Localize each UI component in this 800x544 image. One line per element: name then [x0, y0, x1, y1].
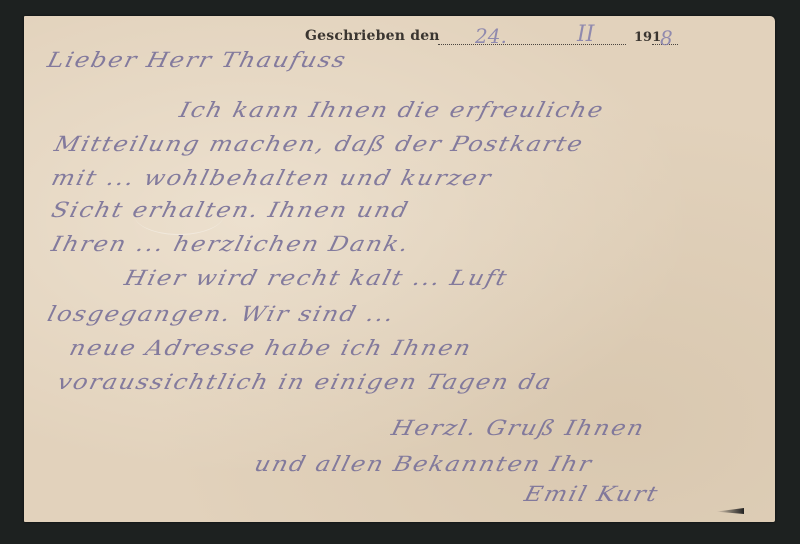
- closing-line: Herzl. Gruß Ihnen: [389, 416, 648, 440]
- closing-line: und allen Bekannten Ihr: [252, 452, 595, 476]
- message-line: losgegangen. Wir sind ...: [45, 302, 398, 326]
- printed-date-label: Geschrieben den: [305, 28, 440, 44]
- handwritten-year-digit: 8: [660, 26, 673, 50]
- signature: Emil Kurt: [522, 482, 661, 506]
- message-line: voraussichtlich in einigen Tagen da: [55, 370, 555, 394]
- message-line: Hier wird recht kalt ... Luft: [122, 266, 511, 290]
- handwritten-date-month: II: [577, 22, 594, 47]
- salutation-line: Lieber Herr Thaufuss: [45, 48, 349, 72]
- printed-year-prefix: 191: [634, 30, 661, 45]
- message-line: Sicht erhalten. Ihnen und: [49, 198, 412, 222]
- message-line: Ich kann Ihnen die erfreuliche: [177, 98, 607, 122]
- message-line: mit ... wohlbehalten und kurzer: [49, 166, 495, 190]
- date-dotted-line: [438, 44, 626, 45]
- handwritten-date-day: 24.: [475, 24, 507, 48]
- message-line: Ihren ... herzlichen Dank.: [49, 232, 412, 256]
- message-line: neue Adresse habe ich Ihnen: [67, 336, 475, 360]
- message-line: Mitteilung machen, daß der Postkarte: [52, 132, 587, 156]
